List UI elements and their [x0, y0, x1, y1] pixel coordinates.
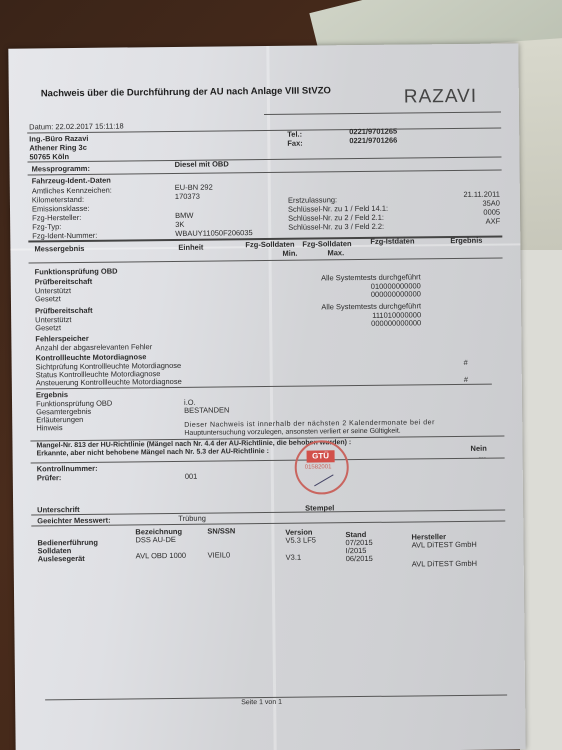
- hinweis-text-line2: Hauptuntersuchung vorzulegen, ansonsten …: [184, 428, 400, 437]
- device-bezeichnung: DSS AU-DE: [135, 535, 176, 544]
- device-stand: 06/2015: [346, 554, 373, 563]
- paper-fold-vertical: [266, 46, 276, 750]
- nicht-behobene-maengel-text: Erkannte, aber nicht behobene Mängel nac…: [37, 448, 269, 457]
- device-hersteller: AVL DiTEST GmbH: [412, 559, 477, 569]
- device-row-label: Auslesegerät: [38, 554, 85, 563]
- ergebnis-section-title: Ergebnis: [36, 390, 68, 399]
- fax-number: 0221/9701266: [349, 136, 397, 146]
- tel-label: Tel.:: [287, 130, 302, 139]
- col-soll-max: Fzg-Solldaten: [302, 239, 351, 249]
- col-einheit: Einheit: [178, 243, 203, 252]
- hinweis-label: Hinweis: [36, 423, 62, 432]
- vehicle-value: EU-BN 292: [175, 183, 213, 192]
- divider: [27, 157, 501, 163]
- kontroll-row-label: Ansteuerung Kontrollleuchte Motordiagnos…: [36, 377, 182, 388]
- gesetzt-value: 000000000000: [261, 318, 421, 329]
- au-certificate-sheet: Nachweis über die Durchführung der AU na…: [8, 43, 525, 750]
- gtue-stamp: GTÜ 01582001: [294, 440, 349, 495]
- col-istdaten: Fzg-Istdaten: [370, 236, 414, 245]
- divider: [28, 170, 502, 176]
- pruefer-label: Prüfer:: [37, 473, 62, 482]
- vehicle-right-value: AXF: [430, 217, 500, 227]
- obd-section-title: Funktionsprüfung OBD: [35, 267, 118, 277]
- stamp-brand: GTÜ: [307, 450, 335, 462]
- divider: [31, 458, 505, 464]
- divider: [31, 510, 505, 516]
- unterschrift-label: Unterschrift: [37, 505, 80, 514]
- mangel-813-value: Nein: [470, 444, 486, 453]
- background-paper-right: [520, 250, 562, 750]
- page-number: Seite 1 von 1: [241, 699, 282, 706]
- messprogramm-label: Messprogramm:: [32, 164, 90, 174]
- gesamtergebnis-value: BESTANDEN: [184, 405, 229, 414]
- gesetzt-value: 000000000000: [261, 289, 421, 300]
- vehicle-section-title: Fahrzeug-Ident.-Daten: [32, 176, 111, 186]
- kontrollnummer-label: Kontrollnummer:: [37, 464, 98, 474]
- geeicht-value: Trübung: [178, 514, 206, 523]
- pruefbereitschaft-title: Prüfbereitschaft: [35, 277, 93, 287]
- vehicle-value: BMW: [175, 211, 193, 220]
- divider: [264, 112, 501, 115]
- fax-label: Fax:: [287, 139, 303, 148]
- company-logo: RAZAVI: [404, 86, 477, 109]
- device-bezeichnung: AVL OBD 1000: [136, 551, 187, 561]
- vehicle-label: Amtliches Kennzeichen:: [32, 186, 112, 196]
- kontroll-row-value: #: [464, 375, 468, 384]
- col-soll-min-sub: Min.: [282, 249, 297, 258]
- messprogramm-value: Diesel mit OBD: [174, 159, 228, 169]
- device-hersteller: AVL DiTEST GmbH: [411, 540, 476, 550]
- vehicle-label: Fzg-Typ:: [32, 222, 61, 231]
- vehicle-value: WBAUY11050F206035: [175, 228, 253, 238]
- pruefer-value: 001: [185, 472, 198, 481]
- pruefbereitschaft-title: Prüfbereitschaft: [35, 306, 93, 316]
- device-sn: VIEIL0: [208, 550, 231, 559]
- vehicle-right-label: Schlüssel-Nr. zu 3 / Feld 2.2:: [288, 222, 384, 232]
- vehicle-value: 170373: [175, 192, 200, 201]
- device-version: V3.1: [286, 553, 302, 562]
- col-soll-max-sub: Max.: [327, 248, 344, 257]
- vehicle-value: 3K: [175, 220, 184, 229]
- gesetzt-label: Gesetzt: [35, 294, 61, 303]
- fehler-count-label: Anzahl der abgasrelevanten Fehler: [35, 342, 152, 352]
- vehicle-label: Fzg-Hersteller:: [32, 213, 81, 223]
- divider: [29, 258, 503, 264]
- device-version: V5.3 LF5: [285, 535, 316, 544]
- document-title: Nachweis über die Durchführung der AU na…: [41, 85, 331, 99]
- gesetzt-label: Gesetzt: [35, 323, 61, 332]
- device-col-sn: SN/SSN: [207, 526, 235, 535]
- date-time: Datum: 22.02.2017 15:11:18: [29, 121, 124, 131]
- col-messergebnis: Messergebnis: [34, 244, 84, 254]
- col-ergebnis: Ergebnis: [450, 236, 482, 245]
- company-city: 50765 Köln: [29, 152, 69, 161]
- company-street: Athener Ring 3c: [29, 143, 87, 153]
- kontroll-row-value: #: [464, 358, 468, 367]
